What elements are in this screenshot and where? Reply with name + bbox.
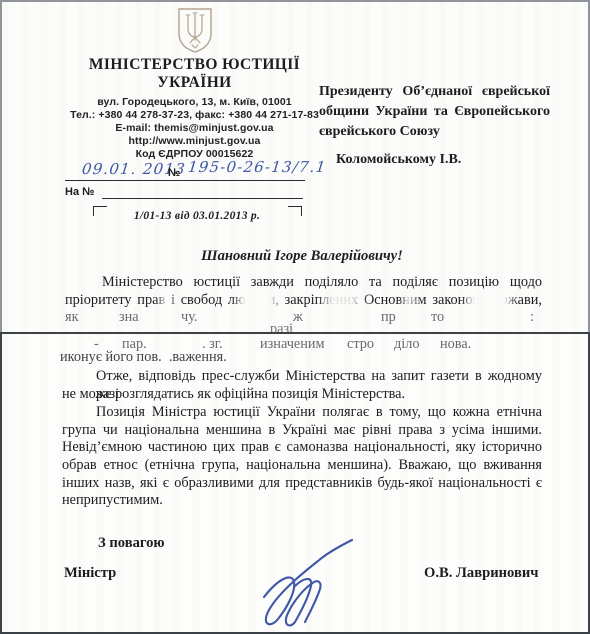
signer-title: Міністр	[64, 565, 116, 582]
text-fragment: як	[65, 309, 79, 326]
date-underline	[65, 179, 187, 181]
org-phone-fax: Тел.: +380 44 278-37-23, факс: +380 44 2…	[42, 109, 347, 122]
recipient-line1: Президенту Об’єднаної єврейської	[319, 82, 550, 102]
text-fragment: изначеним	[260, 336, 325, 353]
number-underline	[185, 179, 305, 181]
number-sign-label: №	[168, 167, 180, 179]
letter-page-2: - пар. . зг. изначеним стро діло нова. и…	[0, 332, 590, 634]
signer-name: О.В. Лавринович	[424, 565, 538, 582]
closing-phrase: З повагою	[98, 535, 165, 552]
scanned-letter: МІНІСТЕРСТВО ЮСТИЦІЇ УКРАЇНИ вул. Городе…	[0, 0, 590, 634]
para3-line2: група чи національна меншина в Україні м…	[62, 422, 542, 440]
org-address-street: вул. Городецького, 13, м. Київ, 01001	[42, 96, 347, 109]
para2-line2: не може розглядатись як офіційна позиція…	[62, 386, 542, 404]
para1-line2-faded: пріоритету прав і свобод людини, закріпл…	[65, 292, 542, 310]
org-email: E-mail: themis@minjust.gov.ua	[42, 122, 347, 135]
para3-line6: неприпустимим.	[62, 492, 542, 510]
org-name-line1: МІНІСТЕРСТВО ЮСТИЦІЇ	[62, 56, 327, 74]
para3-line1: Позиція Міністра юстиції України полягає…	[96, 404, 542, 422]
text-fragment: стро	[347, 336, 374, 353]
text-fragment: зна	[119, 309, 139, 326]
letter-page-1: МІНІСТЕРСТВО ЮСТИЦІЇ УКРАЇНИ вул. Городе…	[0, 0, 590, 332]
text-fragment: нова.	[440, 336, 471, 353]
para3-line5: інших назв, які є образливими для предст…	[62, 475, 542, 493]
salutation: Шановний Ігоре Валерійовичу!	[2, 248, 590, 265]
text-fragment: ж	[293, 309, 303, 326]
page2-top-fragment-line2: иконує його пов. .важення.	[60, 349, 227, 366]
para3-line3: Невід’ємною частиною цих прав є самоназв…	[62, 439, 542, 457]
text-fragment: чу.	[181, 309, 197, 326]
org-name-line2: УКРАЇНИ	[62, 74, 327, 92]
text-fragment: діло	[394, 336, 420, 353]
recipient-name: Коломойському І.В.	[336, 150, 567, 170]
signature-scribble	[252, 539, 362, 631]
incoming-reference: 1/01-13 від 03.01.2013 р.	[93, 210, 301, 222]
para3-line4: обрав етнос (етнічна група, національна …	[62, 457, 542, 475]
org-website: http://www.minjust.gov.ua	[42, 135, 347, 148]
recipient-line2: общини України та Європейського	[319, 102, 550, 122]
text-fragment: пр	[381, 309, 396, 326]
na-no-underline	[102, 197, 303, 199]
coat-of-arms-icon	[175, 7, 215, 54]
na-no-label: На №	[65, 186, 94, 198]
text-fragment: :	[530, 309, 534, 326]
text-fragment: то	[431, 309, 444, 326]
para1-line1: Міністерство юстиції завжди поділяло та …	[102, 274, 542, 292]
handwritten-outgoing-number: 195-0-26-13/7.1	[187, 158, 327, 176]
para1-line3-fragments: як зна чу. ж пр то :	[65, 309, 542, 327]
recipient-line3: єврейського Союзу	[319, 122, 550, 142]
